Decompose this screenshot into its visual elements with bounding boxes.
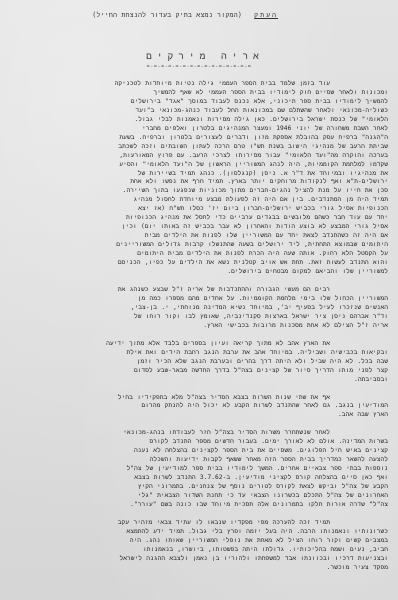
- text-line: על הקסטל הלא רחוק. אותה שעה היה הכרח לפנ…: [8, 250, 388, 259]
- text-line: למשוריין שלו והביאם למקום מבטחים בירושלי…: [8, 268, 388, 277]
- paragraph-regular-service: אף את שתי שנות השרות בצבא הסדיר בצה"ל מל…: [8, 394, 388, 421]
- document-title: אריה מירקים: [134, 51, 264, 62]
- text-line: קצינים באיש חיל הפלוגים. משסיים את בית ה…: [8, 447, 388, 456]
- paragraph-early-life: עוד בזמן שלמד בבית הספר העממי גילה נטיות…: [8, 80, 388, 277]
- text-line: נוספות בבתי ספר צבאיים אחרים. המשך לימוד…: [8, 465, 388, 474]
- paragraph-gap: [8, 385, 388, 394]
- paragraph-officer-career: לאחר שנשתחרר משרות הסדיר בצה"ל חזר לעבוד…: [8, 429, 388, 510]
- text-line: והוא התנדב לעשות זאת. תחת אש אויב קטלנית…: [8, 259, 388, 268]
- text-line: קצר לפני מותו הדריך סיור של קצינים בצה"ל…: [8, 367, 388, 376]
- text-line: שביתת הרעב של מנהיגי הישוב בשנת תש"ו טרם…: [8, 143, 388, 152]
- text-line: אסיל גורי המבצע לא בוצע הודות והאחרון לא…: [8, 223, 388, 232]
- text-line: לאחר שנשתחרר משרות הסדיר בצה"ל חזר לעבוד…: [8, 429, 388, 438]
- text-line: שקדמו למלחמת הקוממיות, היה לנהג המשוריין…: [8, 161, 388, 170]
- text-line: צה"ל" שדרה אורות חלקו בתמרונים אלה תסכית…: [8, 501, 388, 510]
- document-header: העתק (המקור נמצא בתיק בעדור להנצחת החייל…: [28, 11, 278, 19]
- text-line: כשרונותיו ונאמנותו הרבה. היה בעל יזמה ופ…: [8, 528, 388, 537]
- text-line: ירושלים-ת"א ואף לנקודות מרוחקים יותר באר…: [8, 178, 388, 187]
- source-note: (המקור נמצא בתיק בעדור להנצחת החייל): [92, 11, 242, 19]
- text-line: האנשים שנזכרו לעיל בסעיף יב', במיוחד נשי…: [8, 304, 388, 313]
- text-line: סכן את חייו על מנת להציל נהגים-חברים מתו…: [8, 187, 388, 196]
- text-line: בערכה והוקרה מה"ועד הלאומי" עבור מסירותו…: [8, 152, 388, 161]
- paragraph-love-of-land: את הארץ אהב לא מתוך קריאה ועיון בספרים ב…: [8, 340, 388, 385]
- text-line: תמיד היה מן המתנדבים. בין אם היה זה לפעו…: [8, 196, 388, 205]
- text-line: ואף כאן סיים בהצלחה קורס לקציני מודיעין.…: [8, 474, 388, 483]
- text-line: המודיעין בנגב. גם לאחר שהתנדב לשרות הקבע…: [8, 402, 388, 411]
- text-line: במצבים קשים וקור רוחו הציל לא מאחת את נו…: [8, 537, 388, 546]
- text-line: מפקד צעיר מוכשר.: [8, 564, 388, 573]
- paragraph-gap: [8, 420, 388, 429]
- paragraph-gap: [8, 331, 388, 340]
- text-line: הארץ שבה אהב.: [8, 411, 388, 420]
- text-line: להמשיך לימודיו בבית ספר תיכוני, אלא נכנס…: [8, 98, 388, 107]
- paragraph-gap: [8, 510, 388, 519]
- text-line: עוד בזמן שלמד בבית הספר העממי גילה נטיות…: [8, 80, 388, 89]
- text-line: הכנופיות אסיל גורי בכביש ירושלים-חברון ב…: [8, 205, 388, 214]
- text-line: חביב, נעים ושמח בהליכותיו. גדולתו היתה ב…: [8, 546, 388, 555]
- text-line: המשוריין הכחול שלו בימי מלחמת הקוממיות. …: [8, 295, 388, 304]
- text-line: אריה ז"ל הצילם לא אחת מסכנות מרובות בכבי…: [8, 322, 388, 331]
- title-underline-rule: =-=-=-=-=-=-=-=-=-=-=-=-=-=-=: [142, 64, 256, 70]
- text-line: ובסביבתה.: [8, 376, 388, 385]
- document-page: העתק (המקור נמצא בתיק בעדור להנצחת החייל…: [0, 0, 398, 600]
- text-line: ומכונות ולאחר שסיים חוק לימודיו בבית הספ…: [8, 89, 388, 98]
- text-line: תמיד זכה להערכה מפי מפקדיו שנבאו לו עתיד…: [8, 519, 388, 528]
- paragraph-character: תמיד זכה להערכה מפי מפקדיו שנבאו לו עתיד…: [8, 519, 388, 573]
- text-line: אם היה זה כשהתנדב לצאת יחד עם המשוריין ש…: [8, 232, 388, 241]
- paragraph-gap: [8, 277, 388, 286]
- text-line: הלאומי" של כנסת ישראל בירושלים. כאן גילה…: [8, 116, 388, 125]
- text-line: אף את שתי שנות השרות בצבא הסדיר בצה"ל מל…: [8, 394, 388, 403]
- text-line: ובצניעות דרכיו ובכוונתו אבד למשפחתו ולהו…: [8, 555, 388, 564]
- text-line: כשוליה-מכונאי ולאחר שהשתלם שם במכונאות ה…: [8, 107, 388, 116]
- text-line: לאחר השבת משחורה של יוני 1946 ומעצר המנה…: [8, 125, 388, 134]
- document-body: עוד בזמן שלמד בבית הספר העממי גילה נטיות…: [8, 80, 388, 573]
- text-line: ובקיאות בכבישיה ושביליה. במיוחד אהב את ע…: [8, 349, 388, 358]
- text-line: וד"ר אברהם ניסן ציר ישראל בארצות סקנדינב…: [8, 313, 388, 322]
- text-line: האחרונים של צה"ל התכלם בכשרונו הצבאי עד …: [8, 492, 388, 501]
- text-line: הקבע של צה"ל וביקש לצאת לקורס לטורים נוס…: [8, 483, 388, 492]
- text-line: להצעה להשאר כמדריך בבית הספר הזה מאחר שש…: [8, 456, 388, 465]
- text-line: ה"הגנה" ברפיח עסק בהובלת אספקת מזון ודבר…: [8, 134, 388, 143]
- text-line: היתומים שבמוצא התחתית, ליד ירושלים בשעה …: [8, 241, 388, 250]
- copy-label: העתק: [254, 11, 278, 19]
- text-line: שבה בכל. לא היה שביל ולא היתה דרך בהרים …: [8, 358, 388, 367]
- text-line: את הארץ אהב לא מתוך קריאה ועיון בספרים ב…: [8, 340, 388, 349]
- title-block: אריה מירקים =-=-=-=-=-=-=-=-=-=-=-=-=-=-…: [0, 44, 398, 70]
- paragraph-heroism: רבים הם מעשי הגבורה וההתנדבות של אריה ז"…: [8, 286, 388, 331]
- text-line: את מנהיגיו ובמיוחד את ד"ר א. ניסן (קנגלס…: [8, 170, 388, 179]
- text-line: יחד עם עוד חבר כשהם מלובשים בבגדים ערביי…: [8, 214, 388, 223]
- text-line: בשרות המדינה. אולם לא לאורך ימים. בעבור …: [8, 438, 388, 447]
- text-line: רבים הם מעשי הגבורה וההתנדבות של אריה ז"…: [8, 286, 388, 295]
